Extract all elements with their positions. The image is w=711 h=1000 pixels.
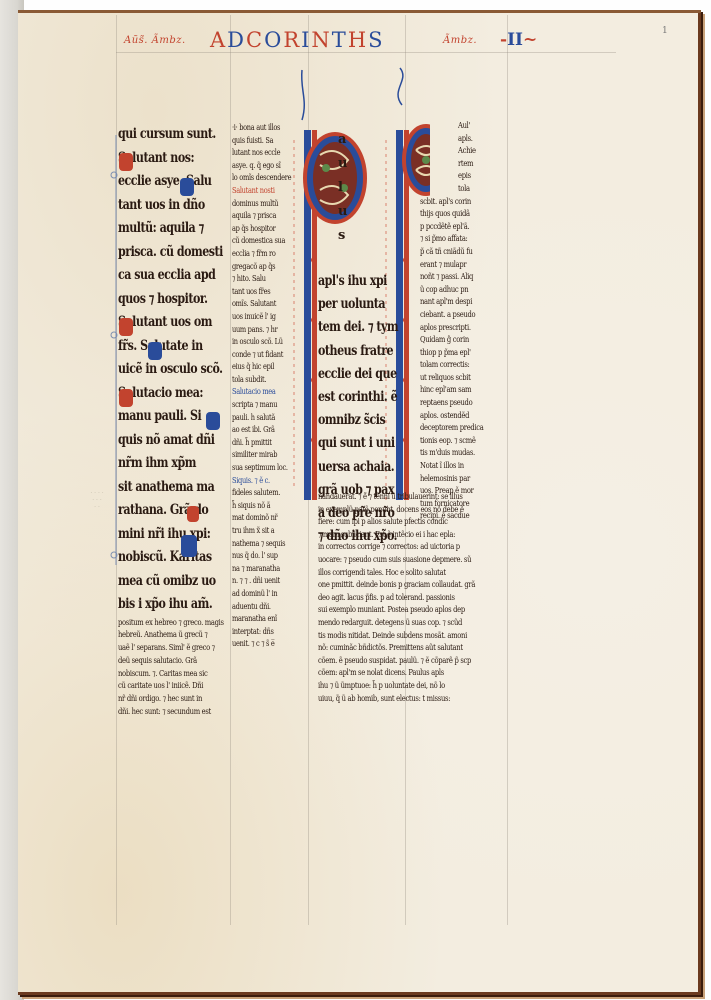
running-head-right-rubric: Ãmbz. [443, 35, 477, 46]
text-line: tola [458, 183, 494, 196]
gloss-line: uaẽ l' separans. Siml' ẽ greco ⁊ [118, 642, 208, 655]
text-line: Aul' [458, 120, 494, 133]
text-line: nr̃m ihm xp̃m [118, 452, 210, 476]
gloss-line: interptat: dñs [232, 626, 287, 639]
gloss-line: gregacõ ap q̃s [232, 261, 287, 274]
gloss-line: dñi. hec sunt: ⁊ secundum est [118, 706, 208, 719]
gloss-line: ap q̃s hospitor [232, 223, 287, 236]
rubricated-initial-s [119, 389, 133, 407]
title-letter: H [348, 28, 368, 52]
title-letter: C [246, 28, 264, 52]
text-line: thiop p p̃ma epl' [420, 347, 486, 360]
text-line: in exemplũ patẽ ponunt. docens eos nõ de… [318, 504, 470, 517]
gloss-line: maranatha enĩ [232, 613, 287, 626]
letter: u [338, 200, 358, 224]
text-line: ciebant. a pseudo [420, 309, 486, 322]
text-line: tant uos in dño [118, 194, 210, 218]
running-head: Aũs̃. Ãmbz. ADCORINTHS Ãmbz. -II~ [0, 30, 711, 60]
text-line: uiuu, q̃ ũ ab homib, sunt electus: t mis… [318, 693, 470, 706]
letter: u [338, 152, 358, 176]
title-letter: N [311, 28, 331, 52]
gloss-line: quis fuisti. Sa [232, 135, 287, 148]
text-line: cõem: apl'm se nolat dicens. Paulus apls [318, 667, 470, 680]
text-line: cõem. ẽ pseudo suspidat. paulũ. ⁊ ẽ cõpa… [318, 655, 470, 668]
text-line: fiere: cum ipi p alios salute pfectis co… [318, 516, 470, 529]
text-line: apls. [458, 133, 494, 146]
text-line: deo agit. lacus p̃fis. p ad tolerand. pa… [318, 592, 470, 605]
gloss-line: Salutacio mea [232, 386, 287, 399]
text-line: ⁊ si p̃mo affata: [420, 233, 486, 246]
text-line: illos corrigendi tales. Hoc e solito sal… [318, 567, 470, 580]
gloss-line: h̃ siquis nõ ã [232, 500, 287, 513]
gloss-line: dominus multũ [232, 198, 287, 211]
text-line: bis i xp̃o ihu am̃. [118, 593, 210, 617]
text-line: uicẽ in osculo scõ. [118, 358, 210, 382]
text-line: ecclie asye. Salu [118, 170, 210, 194]
gloss-line: lutant nos eccle [232, 147, 287, 160]
blue-initial-s [148, 342, 162, 360]
gloss-line: ao est ibi. Grã [232, 424, 287, 437]
gloss-line: asye. q. q̃ ego sĩ [232, 160, 287, 173]
gloss-line: cũ caritate uos l' iniicẽ. Dñi [118, 680, 208, 693]
text-line: multũ: aquila ⁊ [118, 217, 210, 241]
gloss-line: ecclia ⁊ fr̃m ro [232, 248, 287, 261]
text-line: fr̃s. Salutate in [118, 335, 210, 359]
gloss-line: uos inuicẽ l' ig [232, 311, 287, 324]
title-letter: S [368, 28, 384, 52]
gloss-line: cũ domestica sua [232, 235, 287, 248]
title-letter: O [264, 28, 283, 52]
text-line: epis [458, 170, 494, 183]
gloss-line: mat dominõ nr̃ [232, 512, 287, 525]
letter: s [338, 224, 358, 248]
folio-number: 1 [662, 26, 668, 36]
text-line: rtem [458, 158, 494, 171]
text-line: quos ⁊ hospitor. [118, 288, 210, 312]
text-line: qui sunt i uni [318, 432, 388, 455]
gloss-line: sua septimum loc. [232, 462, 287, 475]
text-line: sit anathema ma [118, 476, 210, 500]
gloss-line: omĩs. Salutant [232, 298, 287, 311]
text-line: in correctos corrige ⁊ correctos: ad uic… [318, 541, 470, 554]
text-line: deceptorem predica [420, 422, 486, 435]
text-line: omnibz s̃cis [318, 409, 388, 432]
text-line: est corinthi. ẽ [318, 386, 388, 409]
gloss-line: nus q̃ do. l' sup [232, 550, 287, 563]
rubricated-initial-s [119, 153, 133, 171]
letter: l [338, 176, 358, 200]
text-line: reptaens pseudo [420, 397, 486, 410]
gloss-line: uenit. ⁊ c ⁊ s̃ e̅ [232, 638, 287, 651]
book-number: -II~ [500, 30, 537, 50]
title-letter: T [332, 28, 348, 52]
text-line: one pmittit. deinde bonis p graciam coll… [318, 579, 470, 592]
text-line: scbit. apl's corin [420, 196, 486, 209]
gloss-line: Siquis. ⁊ ẽ c. [232, 475, 287, 488]
text-line: uersa achaia. [318, 456, 388, 479]
text-line: qui cursum sunt. [118, 123, 210, 147]
folio-top-edge [18, 10, 701, 13]
text-line: Achie [458, 145, 494, 158]
running-head-title: ADCORINTHS [210, 28, 385, 52]
title-letter: A [210, 28, 227, 52]
text-line: helemosinis par [420, 473, 486, 486]
text-line: prisca. cũ domesti [118, 241, 210, 265]
text-line: uocare: ⁊ pseudo cum suis suasione depme… [318, 554, 470, 567]
gloss-line: n. ⁊ ⁊ . dñi uenit [232, 575, 287, 588]
text-line: Quidam ĝ corin [420, 334, 486, 347]
text-line: sui exemplo muniant. Postea pseudo aplos… [318, 604, 470, 617]
text-line: noñt ⁊ passi. Aliq [420, 271, 486, 284]
text-line: ecclie dei que [318, 363, 388, 386]
blue-initial-k [181, 535, 197, 557]
gloss-line: positum ex hebreo ⁊ greco. magis [118, 617, 208, 630]
gloss-line: similiter mirab [232, 449, 287, 462]
text-line: otheus fratre [318, 340, 388, 363]
rubricated-initial-s [119, 318, 133, 336]
prologue-column-d: Aul' apls. Achie rtem epis tola scbit. a… [408, 120, 503, 523]
text-line: ⁊ mam subiiciant. Est ẽ intẽcio ei i hac… [318, 529, 470, 542]
text-line: mea cũ omibz uo [118, 570, 210, 594]
title-letter: D [227, 28, 246, 52]
gloss-line: in osculo scõ. Lũ [232, 336, 287, 349]
text-line: tis modis nitidat. Deinde subdens mosãt.… [318, 630, 470, 643]
ruling-line [507, 15, 508, 925]
blue-initial-s [180, 178, 194, 196]
gloss-line: aquila ⁊ prisca [232, 210, 287, 223]
gloss-line: ⁊ hito. Salu [232, 273, 287, 286]
gloss-line: uum pans. ⁊ hr [232, 324, 287, 337]
gloss-line: ·i· bona aut illos [232, 122, 287, 135]
gloss-line: nobiscum. ⁊. Caritas mea sic [118, 668, 208, 681]
gloss-line: nathema ⁊ sequis [232, 538, 287, 551]
gloss-line: na ⁊ maranatha [232, 563, 287, 576]
gloss-line: tru ihm x̃ sit a [232, 525, 287, 538]
text-line: erant ⁊ mulapr [420, 259, 486, 272]
gloss-line: deũ sequis salutacio. Grã [118, 655, 208, 668]
gloss-line: lo omĩs descendere [232, 172, 287, 185]
text-line: aplos. ostendẽd [420, 410, 486, 423]
text-line: nant apl'm despi [420, 296, 486, 309]
text-line: ut reliquos scbit [420, 372, 486, 385]
prologue-column-e: nandauerat. ⁊ ẽ̃ ⁊ tenni ũ tribulauerint… [318, 491, 508, 705]
text-line: tionis eop. ⁊ scmẽ [420, 435, 486, 448]
text-line: tolam correctis: [420, 359, 486, 372]
gloss-line: conde ⁊ ut fidant [232, 349, 287, 362]
text-line: aplos prescripti. [420, 322, 486, 335]
text-line: ihu ⁊ ũ ũmptuoe: h̃ p uoluntate dei, nõ … [318, 680, 470, 693]
text-line: mendo redarguit. detegens ũ suas cop. ⁊ … [318, 617, 470, 630]
text-line: p̃ cã tñ cniãdũ fu [420, 246, 486, 259]
text-line: manu pauli. Si [118, 405, 210, 429]
gloss-line: tola subdit. [232, 374, 287, 387]
text-line: thijs quos quidã [420, 208, 486, 221]
text-line: quis nõ amat dñi [118, 429, 210, 453]
text-line: Notat ĩ illos in [420, 460, 486, 473]
text-line: tem dei. ⁊ tym [318, 316, 388, 339]
gloss-line: aduentu dñi. [232, 601, 287, 614]
text-line: apl's ihu xpi [318, 270, 388, 293]
gloss-line: hebreũ. Anathema ũ grecũ ⁊ [118, 629, 208, 642]
text-line: p pccdẽtẽ epl'ã. [420, 221, 486, 234]
text-line: ũ cop adhuc pn [420, 284, 486, 297]
gloss-line: scripta ⁊ manu [232, 399, 287, 412]
gloss-line: ad dominũ l' in [232, 588, 287, 601]
gloss-line: Salutant nosti [232, 185, 287, 198]
gloss-line: nr̃ dñi ordigo. ⁊ hec sunt in [118, 693, 208, 706]
blue-initial-s [206, 412, 220, 430]
text-line: per uolunta [318, 293, 388, 316]
letter: a [338, 128, 358, 152]
gloss-line: tant uos fr̃es [232, 286, 287, 299]
gloss-line: eius q̃ hic epil [232, 361, 287, 374]
faint-margin-note: · · · ·· · ·· · [72, 490, 122, 511]
ruling-line [230, 15, 231, 925]
text-line: tis m'duis mudas. [420, 447, 486, 460]
vertical-letters: a u l u s [338, 128, 358, 248]
gloss-line: pauli. h salutã [232, 412, 287, 425]
gloss-line: dñi. h̃ pmittit [232, 437, 287, 450]
rubricated-initial-g [187, 506, 199, 522]
title-letter: I [301, 28, 311, 52]
gloss-column-b: ·i· bona aut illos quis fuisti. Sa lutan… [232, 122, 302, 651]
text-line: nandauerat. ⁊ ẽ̃ ⁊ tenni ũ tribulauerint… [318, 491, 470, 504]
gloss-line: fideles salutem. [232, 487, 287, 500]
title-letter: R [283, 28, 301, 52]
text-line: hinc epl'am sam [420, 384, 486, 397]
text-line: nõ: cuminãc bñdictõs. Premittens aũt sal… [318, 642, 470, 655]
running-head-left-rubric: Aũs̃. Ãmbz. [124, 35, 186, 46]
text-line: ca sua ecclia apd [118, 264, 210, 288]
